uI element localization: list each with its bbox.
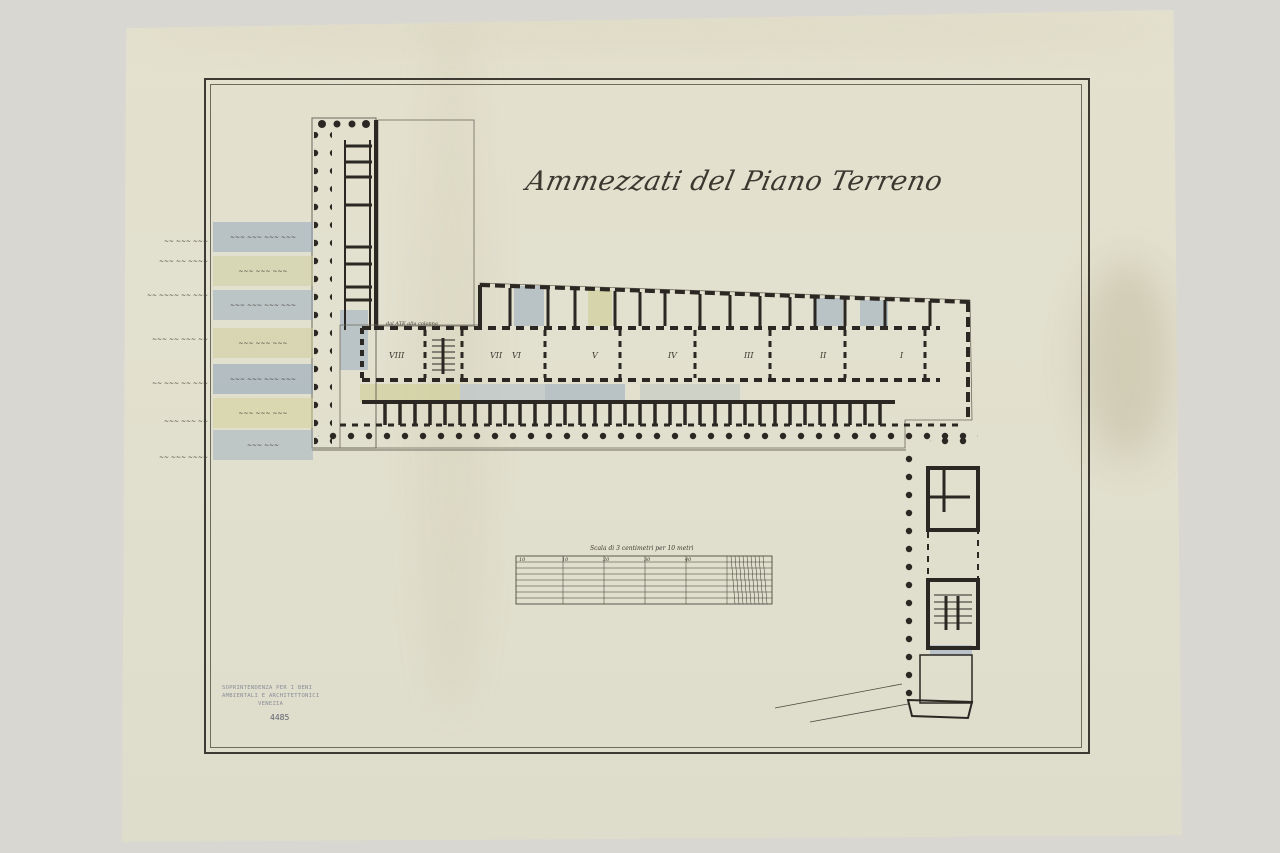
archive-number: 4485	[270, 713, 289, 722]
margin-note: ~~ ~~~ ~~~~	[118, 454, 208, 462]
margin-note: ~~ ~~~ ~~ ~~~	[118, 380, 208, 388]
hall-label-vii: VII	[490, 351, 503, 360]
hall-label-v: V	[592, 351, 599, 360]
scale-bar: 10 10 20 30 40	[516, 556, 772, 604]
hall-label-vi: VI	[512, 351, 522, 360]
margin-notes: ~~ ~~~ ~~~ ~~~ ~~ ~~~~ ~~ ~~~~ ~~ ~~~ ~~…	[118, 236, 210, 476]
hall-label-ii: II	[819, 351, 827, 360]
scale-tick-2: 20	[602, 557, 610, 563]
legend-band-6: ~~~ ~~~ ~~~	[213, 398, 313, 428]
scale-tick-3: 30	[644, 557, 651, 563]
legend-band-5: ~~~ ~~~ ~~~ ~~~	[213, 364, 313, 394]
margin-note: ~~ ~~~~ ~~ ~~~	[118, 292, 208, 300]
margin-note: ~~~ ~~ ~~~~	[118, 258, 208, 266]
hall-label-iii: III	[743, 351, 754, 360]
color-legend: ~~~ ~~~ ~~~ ~~~ ~~~ ~~~ ~~~ ~~~ ~~~ ~~~ …	[213, 222, 313, 460]
margin-note: ~~~ ~~~ ~~	[118, 418, 208, 426]
hall-label-i: I	[899, 351, 904, 360]
margin-note: ~~~ ~~ ~~~ ~~	[118, 336, 208, 344]
scale-tick-0: 10	[519, 557, 526, 563]
archive-stamp: SOPRINTENDENZA PER I BENI AMBIENTALI E A…	[222, 684, 322, 708]
hall-label-viii: VIII	[389, 351, 405, 360]
legend-band-7: ~~~ ~~~	[213, 430, 313, 460]
scale-label: Scala di 3 centimetri per 10 metri	[590, 545, 790, 552]
stamp-line-2: AMBIENTALI E ARCHITETTONICI	[222, 692, 322, 700]
scale-tick-4: 40	[684, 557, 692, 563]
hall-label-iv: IV	[667, 351, 678, 360]
legend-band-4: ~~~ ~~~ ~~~	[213, 328, 313, 358]
color-washes	[340, 286, 972, 655]
legend-band-1: ~~~ ~~~ ~~~ ~~~	[213, 222, 313, 252]
stamp-line-3: VENEZIA	[222, 700, 322, 708]
legend-band-3: ~~~ ~~~ ~~~ ~~~	[213, 290, 313, 320]
scale-tick-1: 10	[562, 557, 569, 563]
legend-band-2: ~~~ ~~~ ~~~	[213, 256, 313, 286]
courtyard-caption: dal ATE alla colonna	[386, 321, 438, 327]
stamp-line-1: SOPRINTENDENZA PER I BENI	[222, 684, 322, 692]
margin-note: ~~ ~~~ ~~~	[118, 238, 208, 246]
east-wing	[775, 436, 978, 722]
